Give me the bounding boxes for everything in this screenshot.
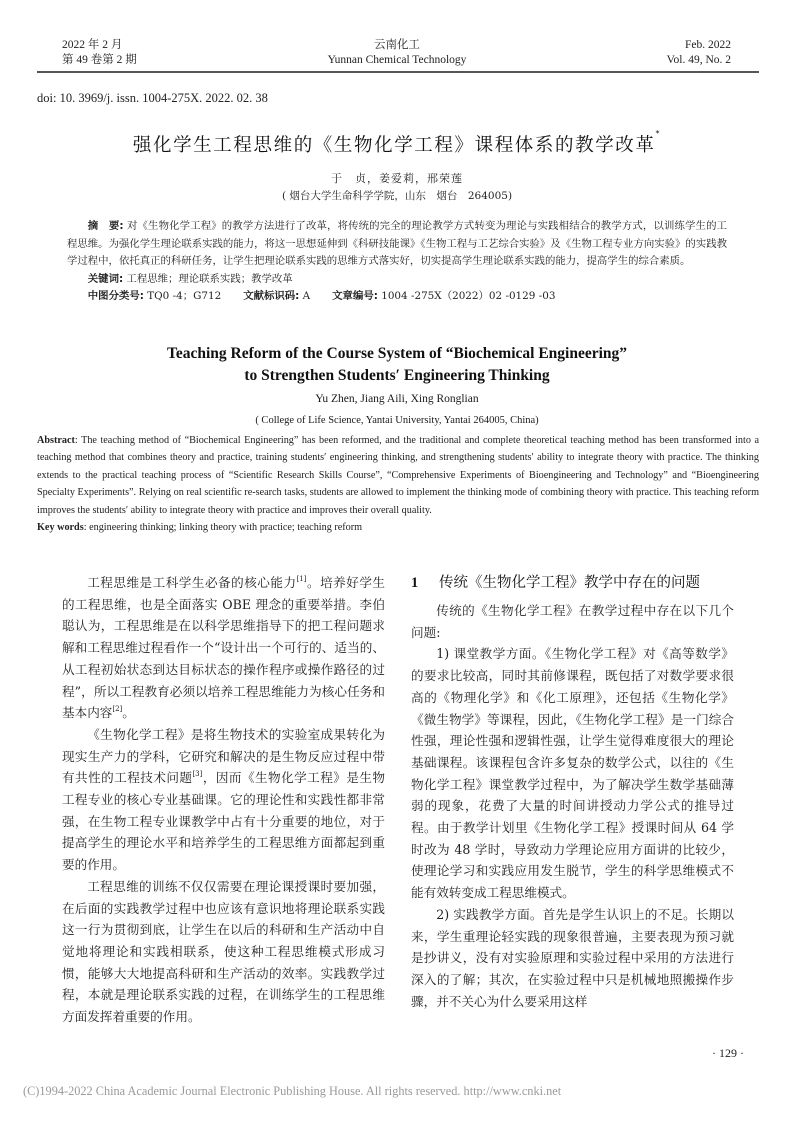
body-text: 工程思维是工科学生必备的核心能力 xyxy=(87,575,296,590)
abstract-en-label: Abstract xyxy=(37,435,75,446)
page-number: · 129 · xyxy=(712,1046,744,1061)
abstract-en-text: : The teaching method of “Biochemical En… xyxy=(37,435,759,516)
citation-ref[interactable]: [1] xyxy=(297,575,307,583)
paper-title-en: Teaching Reform of the Course System of … xyxy=(0,343,794,387)
keywords-cn-text: 工程思维；理论联系实践；教学改革 xyxy=(126,273,292,285)
affiliation-cn: ( 烟台大学生命科学学院，山东 烟台 264005) xyxy=(0,188,794,203)
keywords-cn: 关键词: 工程思维；理论联系实践；教学改革 xyxy=(67,271,727,289)
running-header-volume: Feb. 2022 Vol. 49, No. 2 xyxy=(667,38,731,68)
abstract-cn-paragraph: 摘 要: 对《生物化学工程》的教学方法进行了改革，将传统的完全的理论教学方式转变… xyxy=(67,218,727,271)
abstract-cn-label: 摘 要: xyxy=(88,220,124,232)
body-paragraph: 传统的《生物化学工程》在教学过程中存在以下几个问题: xyxy=(411,600,734,643)
clc-label: 中图分类号: xyxy=(88,290,144,302)
body-paragraph: 2) 实践教学方面。首先是学生认识上的不足。长期以来，学生重理论轻实践的现象很普… xyxy=(411,904,734,1013)
keywords-cn-label: 关键词: xyxy=(88,273,123,285)
abstract-en-paragraph: Abstract: The teaching method of “Bioche… xyxy=(37,432,759,519)
title-footnote-mark: * xyxy=(656,129,662,138)
affiliation-en: ( College of Life Science, Yantai Univer… xyxy=(0,415,794,426)
paper-title-cn: 强化学生工程思维的《生物化学工程》课程体系的教学改革* xyxy=(0,131,794,157)
title-en-line1: Teaching Reform of the Course System of … xyxy=(0,343,794,365)
doc-code-label: 文献标识码: xyxy=(243,290,299,302)
authors-cn: 于 贞，姜爱莉，邢荣莲 xyxy=(0,170,794,186)
abstract-cn-text: 对《生物化学工程》的教学方法进行了改革，将传统的完全的理论教学方式转变为理论与实… xyxy=(67,220,727,267)
doi: doi: 10. 3969/j. issn. 1004-275X. 2022. … xyxy=(37,91,268,106)
title-en-line2: to Strengthen Students′ Engineering Thin… xyxy=(0,365,794,387)
header-rule xyxy=(37,71,759,73)
body-text: 。培养好学生的工程思维，也是全面落实 OBE 理念的重要举措。李伯聪认为，工程思… xyxy=(62,575,385,720)
body-text: ，因而《生物化学工程》是生物工程专业的核心专业基础课。它的理论性和实践性都非常强… xyxy=(62,770,385,872)
section-title: 传统《生物化学工程》教学中存在的问题 xyxy=(439,575,700,591)
abstract-cn: 摘 要: 对《生物化学工程》的教学方法进行了改革，将传统的完全的理论教学方式转变… xyxy=(67,218,727,306)
section-heading: 1传统《生物化学工程》教学中存在的问题 xyxy=(411,572,734,594)
citation-ref[interactable]: [2] xyxy=(112,705,122,713)
doc-code-value: A xyxy=(303,290,311,302)
body-column-left: 工程思维是工科学生必备的核心能力[1]。培养好学生的工程思维，也是全面落实 OB… xyxy=(62,572,385,1028)
header-date-en: Feb. 2022 xyxy=(667,38,731,53)
body-paragraph: 1) 课堂教学方面。《生物化学工程》对《高等数学》的要求比较高，同时其前修课程，… xyxy=(411,643,734,903)
body-paragraph: 《生物化学工程》是将生物技术的实验室成果转化为现实生产力的学科，它研究和解决的是… xyxy=(62,724,385,876)
keywords-en-label: Key words xyxy=(37,522,84,533)
classification-line: 中图分类号: TQ0 -4；G712文献标识码: A文章编号: 1004 -27… xyxy=(67,288,727,306)
citation-ref[interactable]: [3] xyxy=(192,770,202,778)
authors-en: Yu Zhen, Jiang Aili, Xing Ronglian xyxy=(0,393,794,405)
keywords-en: Key words: engineering thinking; linking… xyxy=(37,519,759,536)
body-column-right: 1传统《生物化学工程》教学中存在的问题 传统的《生物化学工程》在教学过程中存在以… xyxy=(411,572,734,1012)
title-cn-text: 强化学生工程思维的《生物化学工程》课程体系的教学改革 xyxy=(133,135,656,156)
copyright-footer: (C)1994-2022 China Academic Journal Elec… xyxy=(23,1084,561,1099)
abstract-en: Abstract: The teaching method of “Bioche… xyxy=(37,432,759,536)
keywords-en-text: : engineering thinking; linking theory w… xyxy=(84,522,362,533)
header-volume-issue-en: Vol. 49, No. 2 xyxy=(667,53,731,68)
article-no-label: 文章编号: xyxy=(332,290,378,302)
section-number: 1 xyxy=(411,572,439,594)
body-text: 。 xyxy=(122,705,135,720)
body-paragraph: 工程思维是工科学生必备的核心能力[1]。培养好学生的工程思维，也是全面落实 OB… xyxy=(62,572,385,724)
article-no-value: 1004 -275X（2022）02 -0129 -03 xyxy=(381,290,555,302)
body-paragraph: 工程思维的训练不仅仅需要在理论课授课时要加强，在后面的实践教学过程中也应该有意识… xyxy=(62,876,385,1028)
clc-value: TQ0 -4；G712 xyxy=(147,290,221,302)
